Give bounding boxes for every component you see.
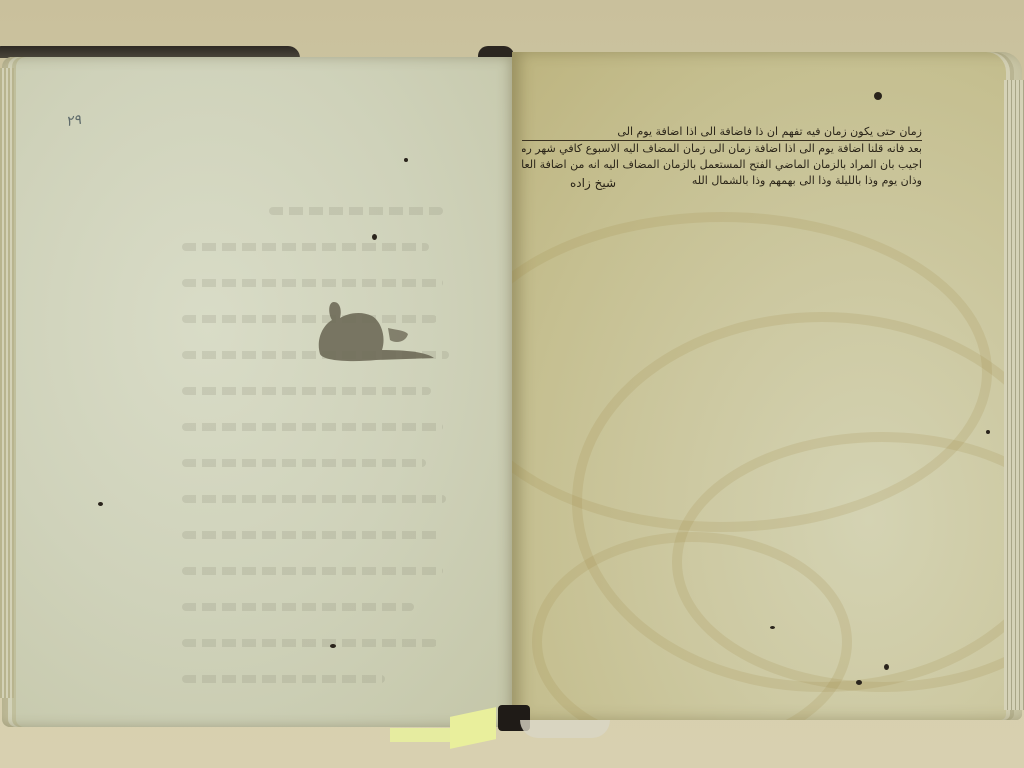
folio-number: ٢٩ [65,112,83,130]
ink-blot-icon [316,300,436,364]
text-line: اجيب بان المراد بالزمان الماضي الفتح الم… [522,157,922,173]
speck [856,680,862,685]
left-fore-edge [0,68,14,698]
speck [770,626,775,629]
speck [404,158,408,162]
speck [98,502,103,506]
left-page [2,57,516,727]
paper-flap [520,720,610,738]
right-fore-edge [1004,80,1024,710]
speck [372,234,377,240]
text-line: بعد فانه قلنا اضافة يوم الى اذا اضافة زم… [522,140,922,157]
speck [874,92,882,100]
bleed-through-text [182,207,472,667]
speck [986,430,990,434]
speck [884,664,889,670]
signature: شيخ زاده [570,176,616,190]
manuscript-photo: ٢٩ زمان حتى يكون زمان فيه تفهم ان ذا فاض… [0,0,1024,768]
speck [330,644,336,648]
text-line: زمان حتى يكون زمان فيه تفهم ان ذا فاضافة… [522,124,922,140]
